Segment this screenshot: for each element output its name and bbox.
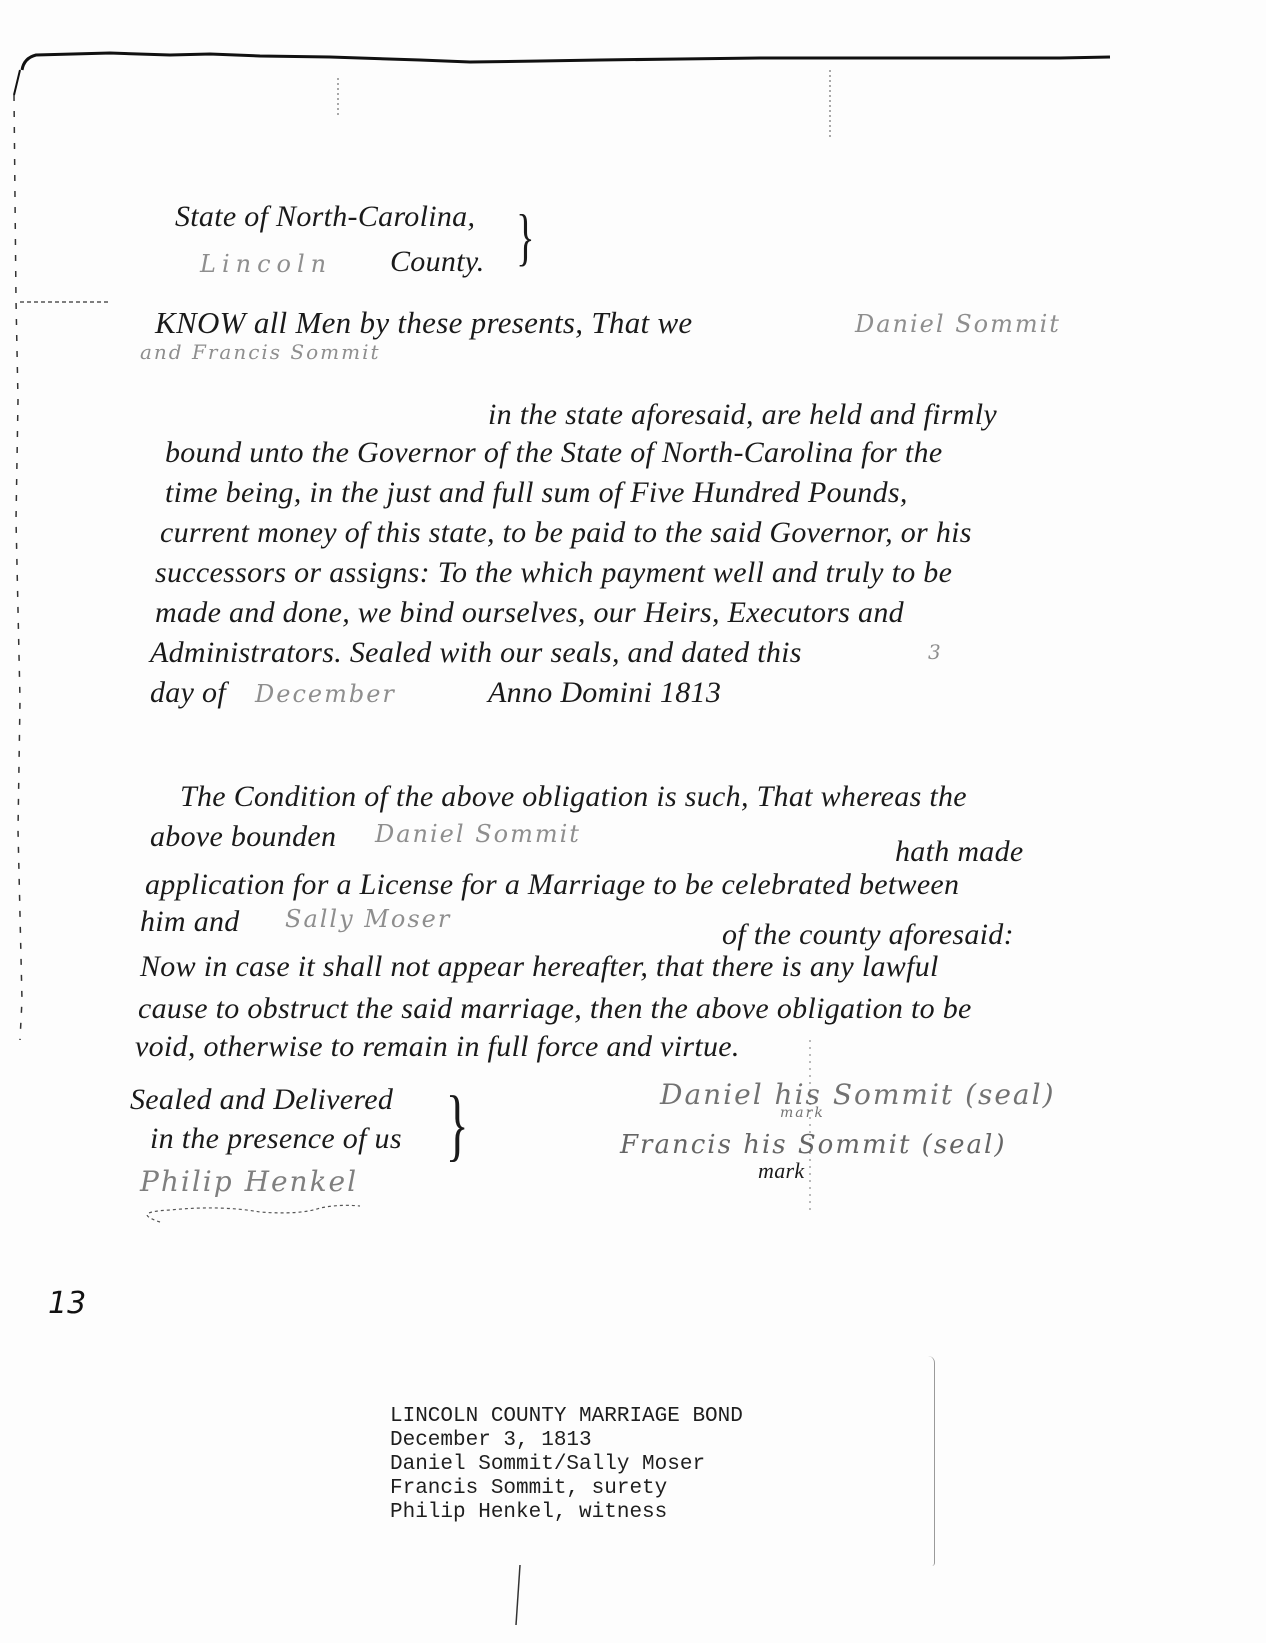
condition-line-5: Now in case it shall not appear hereafte… <box>140 950 939 984</box>
state-heading: State of North-Carolina, <box>175 200 475 234</box>
groom-name-handwritten: Daniel Sommit <box>375 820 581 848</box>
bond-line-1: in the state aforesaid, are held and fir… <box>488 398 997 432</box>
day-of-label: day of <box>150 676 226 710</box>
presence-label: in the presence of us <box>150 1122 402 1156</box>
sealed-brace: } <box>446 1085 469 1165</box>
typed-label-surety: Francis Sommit, surety <box>390 1477 667 1501</box>
bond-line-7: Administrators. Sealed with our seals, a… <box>150 636 802 670</box>
bond-line-2: bound unto the Governor of the State of … <box>165 436 942 470</box>
scanned-document-page: State of North-Carolina, Lincoln County.… <box>0 0 1266 1643</box>
know-all-men-line: KNOW all Men by these presents, That we <box>155 305 693 341</box>
typed-label-title: LINCOLN COUNTY MARRIAGE BOND <box>390 1405 743 1429</box>
header-brace: } <box>516 205 534 269</box>
county-label: County. <box>390 245 485 279</box>
bond-line-6: made and done, we bind ourselves, our He… <box>155 596 904 630</box>
bond-line-3: time being, in the just and full sum of … <box>165 476 908 510</box>
condition-line-6: cause to obstruct the said marriage, the… <box>138 992 972 1026</box>
bond-line-5: successors or assigns: To the which paym… <box>155 556 952 590</box>
date-day-handwritten: 3 <box>928 640 943 664</box>
obligors-handwritten-1: Daniel Sommit <box>855 310 1061 338</box>
bond-line-4: current money of this state, to be paid … <box>160 516 972 550</box>
bride-name-handwritten: Sally Moser <box>285 905 451 933</box>
county-name-handwritten: Lincoln <box>200 250 332 278</box>
signer-1-signature: Daniel his Sommit (seal) <box>660 1078 1056 1111</box>
condition-line-3: application for a License for a Marriage… <box>145 868 959 902</box>
signer-2-mark-label: mark <box>758 1158 804 1184</box>
anno-domini-line: Anno Domini 1813 <box>488 676 721 710</box>
signer-1-mark-label: mark <box>780 1105 825 1121</box>
typed-label-witness: Philip Henkel, witness <box>390 1501 667 1525</box>
condition-line-1: The Condition of the above obligation is… <box>180 780 967 814</box>
typed-label-couple: Daniel Sommit/Sally Moser <box>390 1453 705 1477</box>
sealed-delivered-label: Sealed and Delivered <box>130 1083 393 1117</box>
typed-label-date: December 3, 1813 <box>390 1429 592 1453</box>
condition-line-2-prefix: above bounden <box>150 820 336 854</box>
condition-line-4-prefix: him and <box>140 905 240 939</box>
page-number: 13 <box>48 1286 86 1321</box>
condition-line-2-suffix: hath made <box>895 835 1024 869</box>
condition-line-7: void, otherwise to remain in full force … <box>135 1030 740 1064</box>
month-handwritten: December <box>255 680 396 708</box>
condition-line-4-suffix: of the county aforesaid: <box>722 918 1014 952</box>
witness-signature: Philip Henkel <box>140 1165 358 1198</box>
label-card-edge <box>928 1356 935 1566</box>
signer-2-signature: Francis his Sommit (seal) <box>620 1130 1007 1160</box>
obligors-handwritten-2: and Francis Sommit <box>140 340 381 364</box>
